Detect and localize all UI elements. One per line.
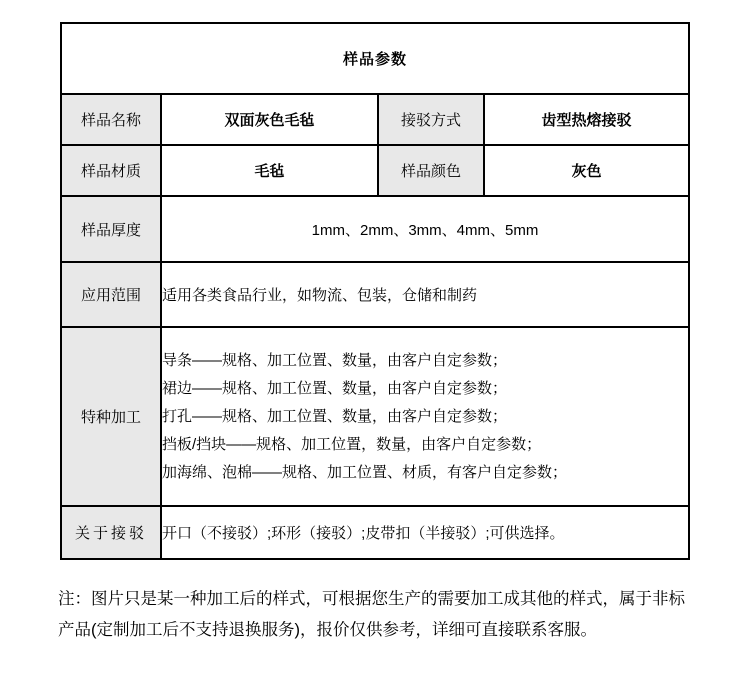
label-sample-color: 样品颜色 bbox=[378, 145, 484, 196]
special-line-guide-strip: 导条——规格、加工位置、数量，由客户自定参数； bbox=[162, 347, 688, 375]
special-line-baffle: 挡板/挡块——规格、加工位置，数量，由客户自定参数； bbox=[162, 431, 688, 459]
value-sample-material: 毛毡 bbox=[161, 145, 378, 196]
value-sample-thickness: 1mm、2mm、3mm、4mm、5mm bbox=[161, 196, 689, 262]
table-title: 样品参数 bbox=[61, 23, 689, 94]
table-row-name-joint-method: 样品名称 双面灰色毛毡 接驳方式 齿型热熔接驳 bbox=[61, 94, 689, 145]
special-line-punching: 打孔——规格、加工位置、数量，由客户自定参数； bbox=[162, 403, 688, 431]
footer-note-line1: 注：图片只是某一种加工后的样式，可根据您生产的需要加工成其他的样式，属于非标 bbox=[58, 584, 718, 615]
label-application-scope: 应用范围 bbox=[61, 262, 161, 327]
label-special-processing: 特种加工 bbox=[61, 327, 161, 506]
label-sample-material: 样品材质 bbox=[61, 145, 161, 196]
table-row-material-color: 样品材质 毛毡 样品颜色 灰色 bbox=[61, 145, 689, 196]
value-application-scope: 适用各类食品行业，如物流、包装，仓储和制药 bbox=[161, 262, 689, 327]
table-row-about-joint: 关于接驳 开口（不接驳）;环形（接驳）;皮带扣（半接驳）;可供选择。 bbox=[61, 506, 689, 559]
table-row-application: 应用范围 适用各类食品行业，如物流、包装，仓储和制药 bbox=[61, 262, 689, 327]
table-row-thickness: 样品厚度 1mm、2mm、3mm、4mm、5mm bbox=[61, 196, 689, 262]
label-sample-name: 样品名称 bbox=[61, 94, 161, 145]
table-row-special-processing: 特种加工 导条——规格、加工位置、数量，由客户自定参数； 裙边——规格、加工位置… bbox=[61, 327, 689, 506]
value-sample-color: 灰色 bbox=[484, 145, 689, 196]
table-title-row: 样品参数 bbox=[61, 23, 689, 94]
value-joint-method: 齿型热熔接驳 bbox=[484, 94, 689, 145]
value-about-joint: 开口（不接驳）;环形（接驳）;皮带扣（半接驳）;可供选择。 bbox=[161, 506, 689, 559]
value-special-processing: 导条——规格、加工位置、数量，由客户自定参数； 裙边——规格、加工位置、数量，由… bbox=[161, 327, 689, 506]
sample-parameters-table: 样品参数 样品名称 双面灰色毛毡 接驳方式 齿型热熔接驳 样品材质 毛毡 样品颜… bbox=[60, 22, 690, 560]
label-about-joint: 关于接驳 bbox=[61, 506, 161, 559]
footer-note-line2: 产品(定制加工后不支持退换服务)，报价仅供参考，详细可直接联系客服。 bbox=[58, 615, 718, 646]
product-spec-page: 样品参数 样品名称 双面灰色毛毡 接驳方式 齿型热熔接驳 样品材质 毛毡 样品颜… bbox=[0, 0, 750, 679]
label-joint-method: 接驳方式 bbox=[378, 94, 484, 145]
footer-note: 注：图片只是某一种加工后的样式，可根据您生产的需要加工成其他的样式，属于非标 产… bbox=[58, 584, 718, 646]
special-line-skirt: 裙边——规格、加工位置、数量，由客户自定参数； bbox=[162, 375, 688, 403]
value-sample-name: 双面灰色毛毡 bbox=[161, 94, 378, 145]
label-sample-thickness: 样品厚度 bbox=[61, 196, 161, 262]
special-processing-lines: 导条——规格、加工位置、数量，由客户自定参数； 裙边——规格、加工位置、数量，由… bbox=[162, 347, 688, 487]
special-line-sponge-foam: 加海绵、泡棉——规格、加工位置、材质，有客户自定参数； bbox=[162, 459, 688, 487]
